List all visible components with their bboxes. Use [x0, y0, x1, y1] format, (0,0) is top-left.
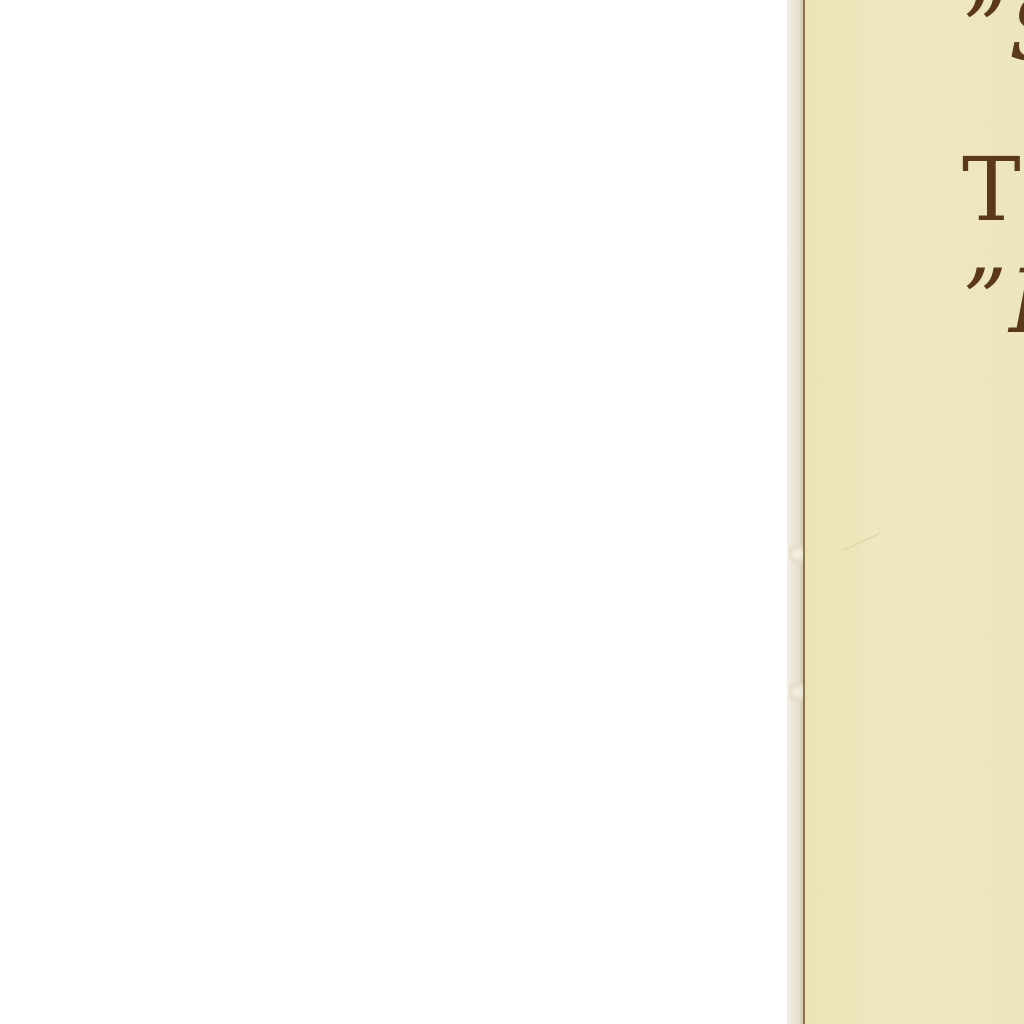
text-line-2: Th [962, 146, 1024, 234]
text-line-3: ”E [962, 258, 1024, 346]
page-edge [787, 0, 803, 1024]
text-line-1: ”S [962, 0, 1024, 74]
